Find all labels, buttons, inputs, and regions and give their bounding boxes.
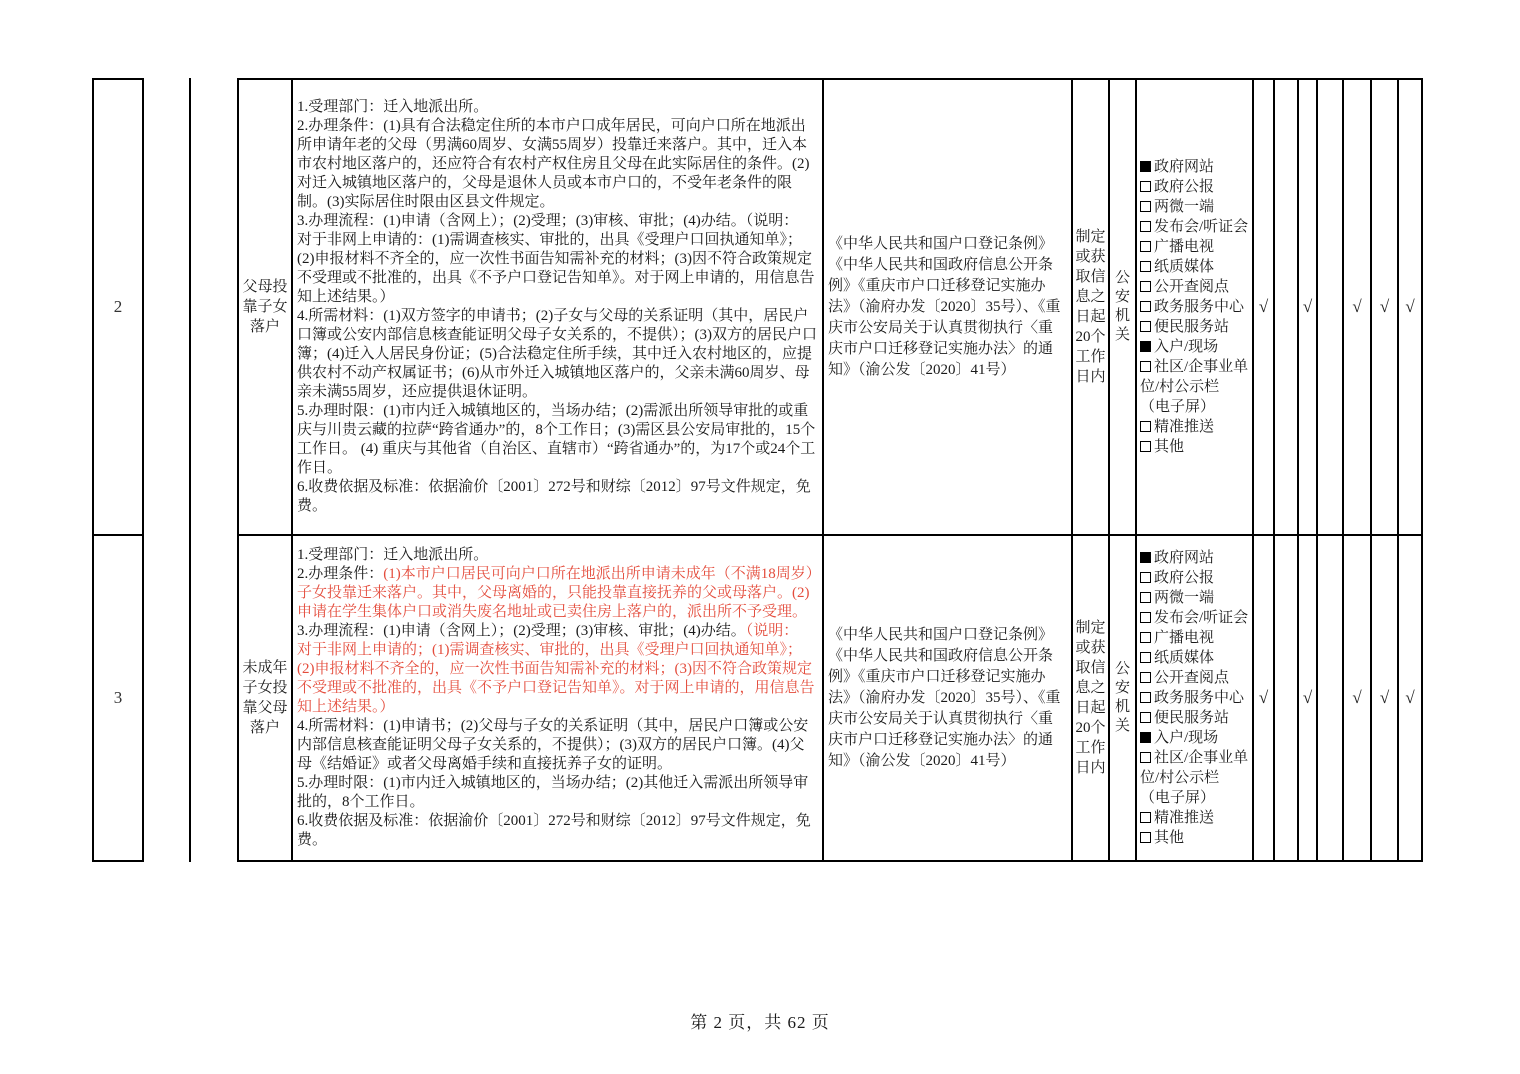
channel-option: 社区/企事业单位/村公示栏（电子屏）	[1140, 748, 1249, 808]
unchecked-box-icon	[1140, 181, 1151, 192]
procedure-text: 1.受理部门：迁入地派出所。 2.办理条件：(1)具有合法稳定住所的本市户口成年…	[297, 98, 818, 516]
procedure-cell: 1.受理部门：迁入地派出所。 2.办理条件：(1)本市户口居民可向户口所在地派出…	[293, 536, 824, 862]
check-cell: √	[1372, 80, 1399, 536]
unchecked-box-icon	[1140, 572, 1151, 583]
unchecked-box-icon	[1140, 321, 1151, 332]
channel-label: 发布会/听证会	[1154, 219, 1248, 235]
serial-cell: 2	[94, 80, 142, 536]
channel-option: 发布会/听证会	[1140, 608, 1249, 628]
document-page: 2 3 父母投靠子女落户 1.受理部门：迁入地派出所。 2.办理条件：(1)具有…	[0, 0, 1520, 1074]
channel-label: 两微一端	[1154, 199, 1214, 215]
check-cell	[1318, 536, 1344, 862]
unchecked-box-icon	[1140, 301, 1151, 312]
serial-number-column: 2 3	[92, 78, 144, 862]
check-cell: √	[1299, 80, 1318, 536]
channel-label: 政府网站	[1154, 159, 1214, 175]
channel-label: 入户/现场	[1154, 339, 1218, 355]
channel-list: 政府网站政府公报两微一端发布会/听证会广播电视纸质媒体公开查阅点政务服务中心便民…	[1140, 157, 1249, 457]
publicity-channels-cell: 政府网站政府公报两微一端发布会/听证会广播电视纸质媒体公开查阅点政务服务中心便民…	[1137, 536, 1254, 862]
check-cell	[1275, 80, 1299, 536]
channel-option: 纸质媒体	[1140, 648, 1249, 668]
channel-label: 政府网站	[1154, 550, 1214, 566]
channel-label: 其他	[1154, 439, 1184, 455]
channel-option: 精准推送	[1140, 808, 1249, 828]
channel-label: 公开查阅点	[1154, 670, 1229, 686]
check-cell: √	[1299, 536, 1318, 862]
channel-label: 纸质媒体	[1154, 259, 1214, 275]
items-table: 父母投靠子女落户 1.受理部门：迁入地派出所。 2.办理条件：(1)具有合法稳定…	[237, 78, 1423, 862]
channel-label: 精准推送	[1154, 810, 1214, 826]
channel-option: 精准推送	[1140, 417, 1249, 437]
channel-label: 两微一端	[1154, 590, 1214, 606]
channel-option: 公开查阅点	[1140, 668, 1249, 688]
deadline-cell: 制定或获取信息之日起20个工作日内	[1073, 536, 1110, 862]
unchecked-box-icon	[1140, 612, 1151, 623]
channel-label: 广播电视	[1154, 239, 1214, 255]
channel-label: 入户/现场	[1154, 730, 1218, 746]
channel-label: 社区/企事业单位/村公示栏（电子屏）	[1140, 359, 1248, 415]
table-row: 未成年子女投靠父母落户 1.受理部门：迁入地派出所。 2.办理条件：(1)本市户…	[239, 536, 1423, 862]
procedure-text-black: 3.办理流程：(1)申请（含网上）；(2)受理；(3)审核、审批；(4)办结。	[297, 623, 746, 639]
procedure-text-black: 4.所需材料：(1)申请书；(2)父母与子女的关系证明（其中，居民户口簿或公安内…	[297, 718, 811, 848]
channel-list: 政府网站政府公报两微一端发布会/听证会广播电视纸质媒体公开查阅点政务服务中心便民…	[1140, 548, 1249, 848]
unchecked-box-icon	[1140, 712, 1151, 723]
channel-option: 广播电视	[1140, 237, 1249, 257]
channel-label: 政府公报	[1154, 570, 1214, 586]
channel-option: 公开查阅点	[1140, 277, 1249, 297]
checked-box-icon	[1140, 341, 1151, 352]
channel-label: 便民服务站	[1154, 710, 1229, 726]
channel-option: 政务服务中心	[1140, 688, 1249, 708]
channel-option: 政府公报	[1140, 568, 1249, 588]
item-name-cell: 父母投靠子女落户	[239, 80, 293, 536]
channel-option: 社区/企事业单位/村公示栏（电子屏）	[1140, 357, 1249, 417]
checked-box-icon	[1140, 161, 1151, 172]
legal-basis-cell: 《中华人民共和国户口登记条例》《中华人民共和国政府信息公开条例》《重庆市户口迁移…	[824, 536, 1073, 862]
channel-label: 社区/企事业单位/村公示栏（电子屏）	[1140, 750, 1248, 806]
unchecked-box-icon	[1140, 632, 1151, 643]
deadline-cell: 制定或获取信息之日起20个工作日内	[1073, 80, 1110, 536]
channel-option: 政务服务中心	[1140, 297, 1249, 317]
unchecked-box-icon	[1140, 281, 1151, 292]
check-cell: √	[1399, 536, 1423, 862]
channel-label: 精准推送	[1154, 419, 1214, 435]
publicity-channels-cell: 政府网站政府公报两微一端发布会/听证会广播电视纸质媒体公开查阅点政务服务中心便民…	[1137, 80, 1254, 536]
channel-option: 两微一端	[1140, 197, 1249, 217]
unchecked-box-icon	[1140, 441, 1151, 452]
unchecked-box-icon	[1140, 221, 1151, 232]
channel-option: 两微一端	[1140, 588, 1249, 608]
checked-box-icon	[1140, 552, 1151, 563]
unchecked-box-icon	[1140, 752, 1151, 763]
channel-option: 广播电视	[1140, 628, 1249, 648]
channel-label: 政务服务中心	[1154, 690, 1244, 706]
unchecked-box-icon	[1140, 241, 1151, 252]
unchecked-box-icon	[1140, 201, 1151, 212]
agency-cell: 公安机关	[1110, 80, 1137, 536]
checked-box-icon	[1140, 732, 1151, 743]
unchecked-box-icon	[1140, 832, 1151, 843]
channel-label: 纸质媒体	[1154, 650, 1214, 666]
check-cell: √	[1254, 80, 1275, 536]
column-divider-line	[189, 78, 191, 862]
unchecked-box-icon	[1140, 261, 1151, 272]
agency-cell: 公安机关	[1110, 536, 1137, 862]
channel-option: 入户/现场	[1140, 337, 1249, 357]
check-cell: √	[1254, 536, 1275, 862]
serial-cell: 3	[94, 536, 142, 860]
channel-option: 其他	[1140, 828, 1249, 848]
procedure-text-black: 1.受理部门：迁入地派出所。 2.办理条件：(1)具有合法稳定住所的本市户口成年…	[297, 99, 817, 514]
unchecked-box-icon	[1140, 692, 1151, 703]
channel-label: 政府公报	[1154, 179, 1214, 195]
channel-label: 公开查阅点	[1154, 279, 1229, 295]
channel-label: 政务服务中心	[1154, 299, 1244, 315]
check-cell: √	[1399, 80, 1423, 536]
channel-option: 纸质媒体	[1140, 257, 1249, 277]
unchecked-box-icon	[1140, 812, 1151, 823]
channel-option: 其他	[1140, 437, 1249, 457]
channel-option: 发布会/听证会	[1140, 217, 1249, 237]
channel-option: 入户/现场	[1140, 728, 1249, 748]
channel-label: 广播电视	[1154, 630, 1214, 646]
procedure-cell: 1.受理部门：迁入地派出所。 2.办理条件：(1)具有合法稳定住所的本市户口成年…	[293, 80, 824, 536]
legal-basis-cell: 《中华人民共和国户口登记条例》《中华人民共和国政府信息公开条例》《重庆市户口迁移…	[824, 80, 1073, 536]
channel-option: 便民服务站	[1140, 317, 1249, 337]
channel-label: 其他	[1154, 830, 1184, 846]
check-cell	[1318, 80, 1344, 536]
unchecked-box-icon	[1140, 652, 1151, 663]
unchecked-box-icon	[1140, 592, 1151, 603]
item-name-cell: 未成年子女投靠父母落户	[239, 536, 293, 862]
channel-option: 政府网站	[1140, 548, 1249, 568]
table-row: 父母投靠子女落户 1.受理部门：迁入地派出所。 2.办理条件：(1)具有合法稳定…	[239, 80, 1423, 536]
check-cell	[1275, 536, 1299, 862]
channel-option: 政府公报	[1140, 177, 1249, 197]
channel-option: 便民服务站	[1140, 708, 1249, 728]
unchecked-box-icon	[1140, 421, 1151, 432]
page-footer: 第 2 页，共 62 页	[0, 1008, 1520, 1033]
channel-label: 便民服务站	[1154, 319, 1229, 335]
channel-label: 发布会/听证会	[1154, 610, 1248, 626]
procedure-text: 1.受理部门：迁入地派出所。 2.办理条件：(1)本市户口居民可向户口所在地派出…	[297, 546, 818, 850]
unchecked-box-icon	[1140, 361, 1151, 372]
unchecked-box-icon	[1140, 672, 1151, 683]
check-cell: √	[1344, 536, 1372, 862]
check-cell: √	[1372, 536, 1399, 862]
channel-option: 政府网站	[1140, 157, 1249, 177]
check-cell: √	[1344, 80, 1372, 536]
